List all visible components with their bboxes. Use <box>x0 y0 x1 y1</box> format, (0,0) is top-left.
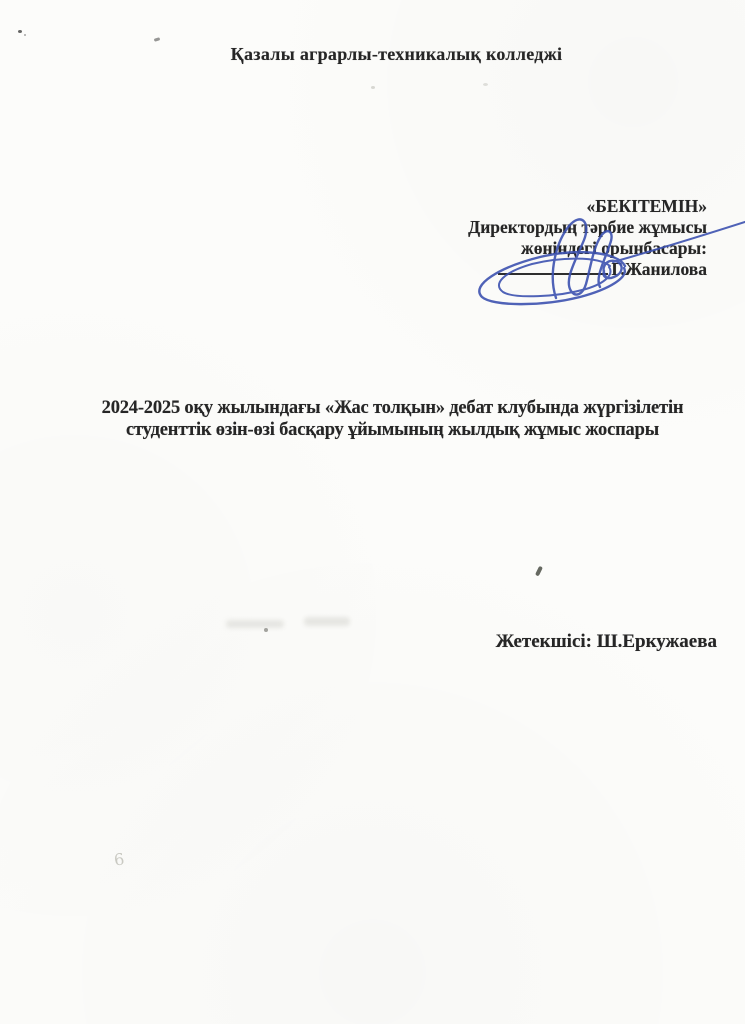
ink-bleed-ghost-text <box>226 620 284 628</box>
ink-bleed-ghost-dot <box>264 628 268 632</box>
approval-block: «БЕКІТЕМІН» Директордың тәрбие жұмысы жө… <box>468 196 707 280</box>
college-title: Қазалы аграрлы-техникалық колледжі <box>0 44 745 65</box>
scan-speck <box>483 83 488 86</box>
ink-bleed-ghost-text <box>304 617 350 626</box>
approval-role-line-2: жөніндегі орынбасары: <box>468 238 707 259</box>
signature-underline <box>498 272 608 275</box>
scan-speck <box>535 566 543 577</box>
scan-speck <box>24 34 26 36</box>
scan-speck <box>371 86 375 89</box>
scanned-document-page: Қазалы аграрлы-техникалық колледжі «БЕКІ… <box>0 0 745 1024</box>
document-title: 2024-2025 оқу жылындағы «Жас толқын» деб… <box>0 397 745 441</box>
document-title-line-1: 2024-2025 оқу жылындағы «Жас толқын» деб… <box>40 397 745 419</box>
document-title-line-2: студенттік өзін-өзі басқару ұйымының жыл… <box>40 419 745 441</box>
scan-speck <box>154 37 161 42</box>
approval-signature-line: Г.Жанилова <box>468 259 707 280</box>
pencil-mark: 6 <box>113 849 126 869</box>
scan-speck <box>18 30 22 33</box>
leader-name: Жетекшісі: Ш.Еркужаева <box>496 631 717 653</box>
approval-heading: «БЕКІТЕМІН» <box>468 196 707 217</box>
approval-signatory-name: Г.Жанилова <box>611 259 707 279</box>
approval-role-line-1: Директордың тәрбие жұмысы <box>468 217 707 238</box>
